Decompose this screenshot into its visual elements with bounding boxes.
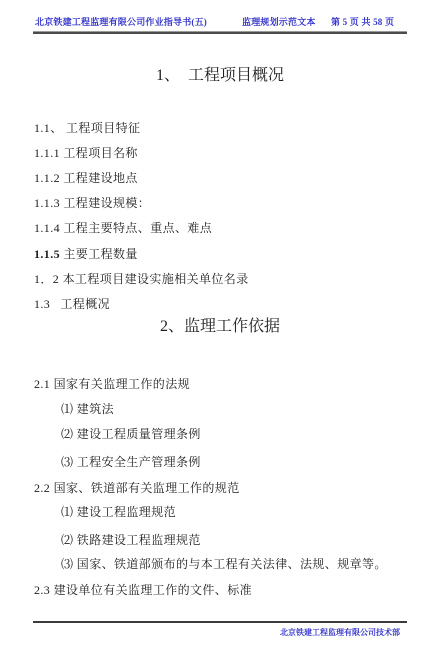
outline-item-2-1-(2): ⑵ 建设工程质量管理条例 (61, 427, 201, 441)
outline-item-2-3: 2.3 建设单位有关监理工作的文件、标准 (34, 583, 252, 597)
outline-item-2-1: 2.1 国家有关监理工作的法规 (34, 377, 190, 391)
section-2-title: 2、监理工作依据 (33, 317, 407, 336)
outline-item-1-1-5: 1.1.5 主要工程数量 (34, 247, 138, 261)
outline-item-2-2-(2): ⑵ 铁路建设工程监理规范 (61, 533, 201, 547)
outline-item-1-1-5-number: 1.1.5 (34, 247, 60, 261)
outline-item-2-2-(1): ⑴ 建设工程监理规范 (61, 505, 176, 519)
header-rule (33, 31, 407, 34)
outline-item-1-2: 1．2 本工程项目建设实施相关单位名录 (34, 272, 249, 286)
outline-item-2-2: 2.2 国家、铁道部有关监理工作的规范 (34, 481, 240, 495)
outline-item-2-1-(1): ⑴ 建筑法 (61, 402, 114, 416)
header-page-number: 第 5 页 共 58 页 (331, 15, 394, 28)
header-doc-type: 监理规划示范文本 (242, 15, 316, 28)
outline-item-1-3: 1.3 工程概况 (34, 297, 110, 311)
footer-rule (33, 621, 407, 623)
header-company-title: 北京铁建工程监理有限公司作业指导书(五) (35, 15, 207, 28)
outline-item-2-1-(3): ⑶ 工程安全生产管理条例 (61, 455, 201, 469)
outline-item-1-1-2: 1.1.2 工程建设地点 (34, 171, 138, 185)
outline-item-1-1-3: 1.1.3 工程建设规模： (34, 196, 150, 210)
footer-department: 北京铁建工程监理有限公司技术部 (33, 627, 400, 638)
outline-item-2-2-(3): ⑶ 国家、铁道部颁布的与本工程有关法律、法规、规章等。 (61, 557, 387, 571)
outline-item-1-1-5-text: 主要工程数量 (60, 247, 138, 261)
outline-item-1-1: 1.1、 工程项目特征 (34, 121, 140, 135)
document-page: 北京铁建工程监理有限公司作业指导书(五) 监理规划示范文本 第 5 页 共 58… (0, 0, 441, 657)
outline-item-1-1-1: 1.1.1 工程项目名称 (34, 146, 138, 160)
section-1-title: 1、 工程项目概况 (33, 66, 407, 85)
outline-item-1-1-4: 1.1.4 工程主要特点、重点、难点 (34, 221, 212, 235)
